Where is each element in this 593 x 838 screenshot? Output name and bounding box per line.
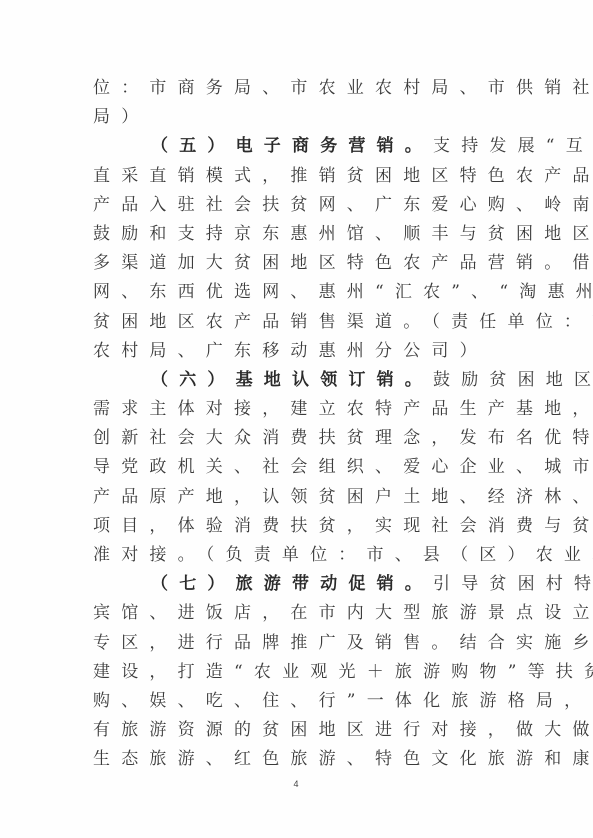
section-heading-line: （五）电子商务营销。支持发展“互联网＋精准扶贫”等 [93,132,513,161]
text-line: 多渠道加大贫困地区特色农产品营销。借助中国社会扶贫 [93,249,513,278]
section-heading-line: （七）旅游带动促销。引导贫困村特色产品进景区、进 [93,570,513,599]
text-line: 专区，进行品牌推广及销售。结合实施乡村旅游扶贫示范村 [93,629,513,658]
text-line: 贫困地区农产品销售渠道。（责任单位：市商务局、市农业 [93,308,513,337]
text-line: 购、娱、吃、住、行”一体化旅游格局，鼓励大型旅游企业与 [93,687,513,716]
text-line: 项目，体验消费扶贫，实现社会消费与贫困群众脱贫需求精 [93,512,513,541]
text-line: 建设，打造“农业观光＋旅游购物”等扶贫产业链，构建“游、 [93,658,513,687]
section-heading-line: （六）基地认领订销。鼓励贫困地区与营销企业、产品 [93,366,513,395]
text-line: 鼓励和支持京东惠州馆、顺丰与贫困地区特色农产品对接， [93,220,513,249]
section-heading-6: （六）基地认领订销。 [151,370,433,390]
text-line: 准对接。（负责单位：市、县（区）农业农村局） [93,541,513,570]
text-line: 局） [93,103,513,132]
text-line: 产品入驻社会扶贫网、广东爱心购、岭南生活等在线平台， [93,191,513,220]
text-line: 直采直销模式，推销贫困地区特色农产品。鼓励贫困地区农 [93,162,513,191]
text-line: 农村局、广东移动惠州分公司） [93,337,513,366]
text-line: 网、东西优选网、惠州“汇农”、“淘惠州”等电商平台，扩大 [93,278,513,307]
text-line: 产品原产地，认领贫困户土地、经济林、家禽养殖等“F2F” [93,483,513,512]
text-run: 支持发展“互联网＋精准扶贫”等 [433,136,593,156]
text-line: 宾馆、进饭店，在市内大型旅游景点设立贫困地区农特产品 [93,599,513,628]
text-line: 有旅游资源的贫困地区进行对接，做大做强休闲观光农业、 [93,716,513,745]
text-run: 鼓励贫困地区与营销企业、产品 [433,370,593,390]
page-number: 4 [290,779,302,789]
text-line: 导党政机关、社会组织、爱心企业、城市人群到贫困地区农 [93,453,513,482]
document-page: 位：市商务局、市农业农村局、市供销社、市市场监督管理 局） （五）电子商务营销。… [0,0,593,838]
text-line: 创新社会大众消费扶贫理念，发布名优特产品产地信息，倡 [93,424,513,453]
text-line: 位：市商务局、市农业农村局、市供销社、市市场监督管理 [93,74,513,103]
section-heading-5: （五）电子商务营销。 [151,136,433,156]
text-line: 需求主体对接，建立农特产品生产基地，搭建订单销售平台。 [93,395,513,424]
text-run: 引导贫困村特色产品进景区、进 [433,574,593,594]
section-heading-7: （七）旅游带动促销。 [151,574,433,594]
text-line: 生态旅游、红色旅游、特色文化旅游和康养项目，实现旅游 [93,745,513,774]
body-text: 位：市商务局、市农业农村局、市供销社、市市场监督管理 局） （五）电子商务营销。… [93,74,513,775]
